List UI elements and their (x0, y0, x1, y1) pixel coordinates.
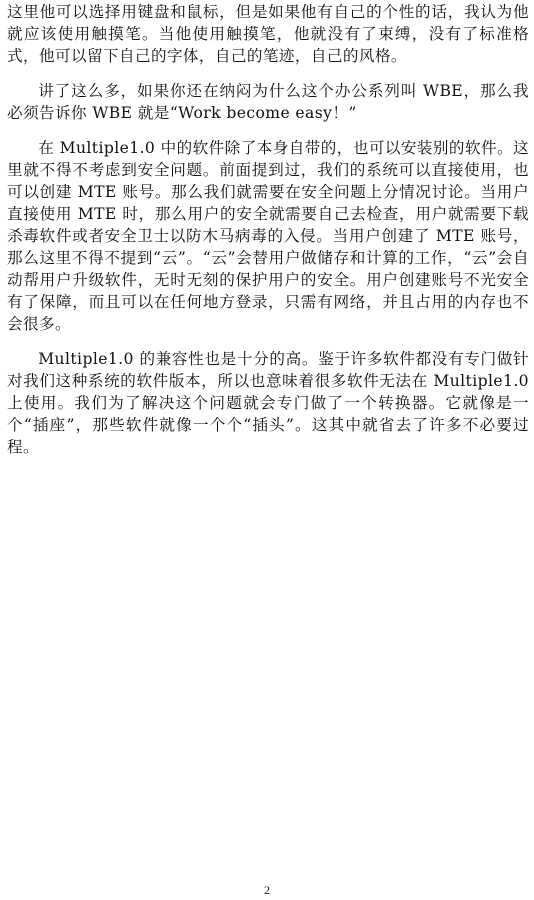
paragraph-security: 在 Multiple1.0 中的软件除了本身自带的，也可以安装别的软件。这里就不… (7, 137, 529, 335)
paragraph-handwriting-pen: 这里他可以选择用键盘和鼠标，但是如果他有自己的个性的话，我认为他就应该使用触摸笔… (7, 1, 529, 67)
page-number: 2 (0, 883, 534, 898)
paragraph-compatibility: Multiple1.0 的兼容性也是十分的高。鉴于许多软件都没有专门做针对我们这… (7, 348, 529, 458)
paragraph-wbe-meaning: 讲了这么多，如果你还在纳闷为什么这个办公系列叫 WBE，那么我必须告诉你 WBE… (7, 80, 529, 124)
document-page: 这里他可以选择用键盘和鼠标，但是如果他有自己的个性的话，我认为他就应该使用触摸笔… (7, 0, 529, 471)
